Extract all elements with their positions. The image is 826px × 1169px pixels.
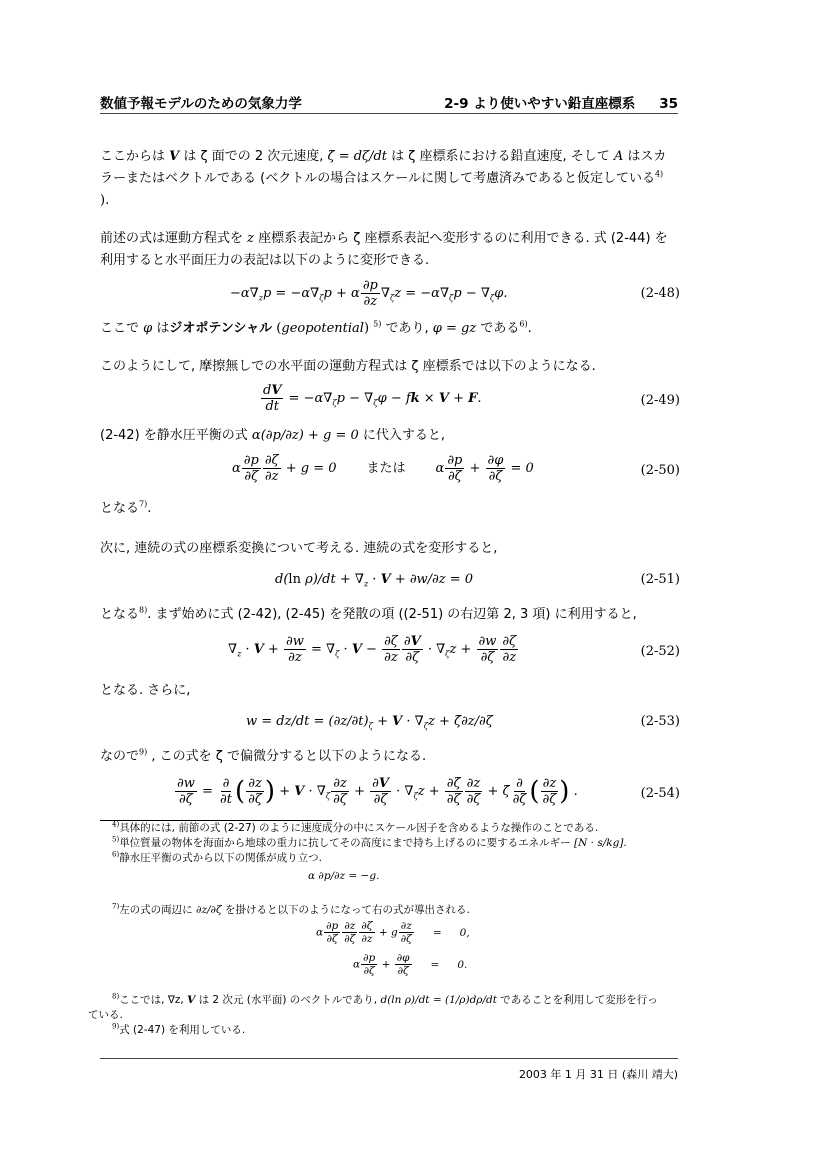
section-heading: 2-9 より使いやすい鉛直座標系35 — [444, 92, 678, 112]
equation-2-48: −α∇zp = −α∇ζp + α∂p∂z∇ζz = −α∇ζp − ∇ζφ. … — [100, 278, 680, 312]
equation-body: −α∇zp = −α∇ζp + α∂p∂z∇ζz = −α∇ζp − ∇ζφ. — [230, 278, 508, 309]
equation-2-50: α∂p∂ζ∂ζ∂z + g = 0またはα∂p∂ζ + ∂φ∂ζ = 0 (2-… — [100, 453, 680, 491]
equation-2-53: w = dz/dt = (∂z/∂t)ζ + V · ∇ζz + ζ̇∂z/∂ζ… — [100, 714, 680, 736]
paragraph-velocity-definition: ここからは V は ζ 面での 2 次元速度, ζ̇ = dζ/dt は ζ 座… — [100, 146, 680, 212]
vector-v: V — [169, 149, 179, 164]
book-title: 数値予報モデルのための気象力学 — [100, 92, 302, 112]
footer-rule — [100, 1058, 678, 1059]
equation-number: (2-50) — [641, 463, 680, 478]
footnote-7-equation-2: α∂p∂ζ + ∂φ∂ζ=0. — [353, 952, 467, 977]
footnote-ref-4[interactable]: 4) — [655, 170, 663, 179]
footnote-7: 7)左の式の両辺に ∂z/∂ζ を掛けると以下のようになって右の式が導出される. — [112, 903, 702, 918]
equation-body: ∂w∂ζ = ∂∂t(∂z∂ζ) + V · ∇ζ∂z∂ζ + ∂V∂ζ · ∇… — [174, 776, 578, 807]
paragraph-further: となる. さらに, — [100, 680, 680, 702]
paragraph-geopotential: ここで φ はジオポテンシャル (geopotential) 5) であり, φ… — [100, 318, 680, 340]
footnote-4: 4)具体的には, 前節の式 (2-27) のように速度成分の中にスケール因子を含… — [112, 821, 702, 836]
paragraph-hydrostatic: (2-42) を静水圧平衡の式 α(∂p/∂z) + g = 0 に代入すると, — [100, 425, 680, 447]
equation-body: ∇z · V + ∂w∂z = ∇ζ · V − ∂ζ∂z∂V∂ζ · ∇ζz … — [228, 634, 519, 665]
document-page: 数値予報モデルのための気象力学 2-9 より使いやすい鉛直座標系35 ここからは… — [0, 0, 826, 1169]
footer-date-author: 2003 年 1 月 31 日 (森川 靖大) — [519, 1066, 678, 1082]
paragraph-divergence: となる8). まず始めに式 (2-42), (2-45) を発散の項 ((2-5… — [100, 604, 680, 626]
paragraph-continuity-intro: 次に, 連続の式の座標系変換について考える. 連続の式を変形すると, — [100, 538, 680, 560]
equation-number: (2-52) — [641, 644, 680, 659]
footnote-ref-9[interactable]: 9) — [139, 748, 147, 757]
paragraph-partial-derivative: なので9) , この式を ζ で偏微分すると以下のようになる. — [100, 746, 680, 768]
header-rule — [100, 113, 678, 114]
equation-number: (2-49) — [641, 393, 680, 408]
paragraph-transform-intro: 前述の式は運動方程式を z 座標系表記から ζ 座標系表記へ変形するのに利用でき… — [100, 228, 680, 272]
equation-body: α∂p∂ζ∂ζ∂z + g = 0またはα∂p∂ζ + ∂φ∂ζ = 0 — [232, 453, 534, 484]
footnote-7-equation-1: α∂p∂ζ∂z∂ζ∂ζ∂z + g∂z∂ζ=0, — [316, 920, 470, 945]
equation-body: w = dz/dt = (∂z/∂t)ζ + V · ∇ζz + ζ̇∂z/∂ζ — [246, 714, 493, 731]
footnote-ref-7[interactable]: 7) — [139, 500, 147, 509]
equation-number: (2-48) — [641, 286, 680, 301]
equation-number: (2-53) — [641, 714, 680, 729]
footnote-8: 8)ここでは, ∇z, V は 2 次元 (水平面) のベクトルであり, d(l… — [100, 993, 690, 1023]
equation-number: (2-54) — [641, 786, 680, 801]
footnote-ref-8[interactable]: 8) — [139, 606, 147, 615]
footnote-9: 9)式 (2-47) を利用している. — [112, 1023, 702, 1038]
equation-body: dVdt = −α∇ζp − ∇ζφ − fk × V + F. — [260, 383, 481, 414]
footnote-5: 5)単位質量の物体を海面から地球の重力に抗してその高度にまで持ち上げるのに要する… — [112, 836, 702, 851]
running-header: 数値予報モデルのための気象力学 2-9 より使いやすい鉛直座標系35 — [100, 92, 678, 114]
equation-number: (2-51) — [641, 572, 680, 587]
equation-2-52: ∇z · V + ∂w∂z = ∇ζ · V − ∂ζ∂z∂V∂ζ · ∇ζz … — [100, 634, 680, 672]
equation-2-49: dVdt = −α∇ζp − ∇ζφ − fk × V + F. (2-49) — [100, 383, 680, 421]
footnote-6: 6)静水圧平衡の式から以下の関係が成り立つ. — [112, 851, 702, 866]
section-title: 2-9 より使いやすい鉛直座標系 — [444, 96, 635, 112]
paragraph-motion-eq-intro: このようにして, 摩擦無しでの水平面の運動方程式は ζ 座標系では以下のようにな… — [100, 356, 680, 378]
equation-body: d(ln ρ)/dt + ∇z · V + ∂w/∂z = 0 — [275, 572, 473, 589]
equation-2-51: d(ln ρ)/dt + ∇z · V + ∂w/∂z = 0 (2-51) — [100, 572, 680, 594]
footnote-ref-6[interactable]: 6) — [519, 320, 527, 329]
page-number: 35 — [659, 96, 678, 112]
footnote-6-equation: α ∂p/∂z = −g. — [308, 870, 379, 882]
paragraph-result: となる7). — [100, 498, 680, 520]
equation-2-54: ∂w∂ζ = ∂∂t(∂z∂ζ) + V · ∇ζ∂z∂ζ + ∂V∂ζ · ∇… — [100, 776, 680, 814]
term-geopotential: ジオポテンシャル — [169, 321, 272, 336]
